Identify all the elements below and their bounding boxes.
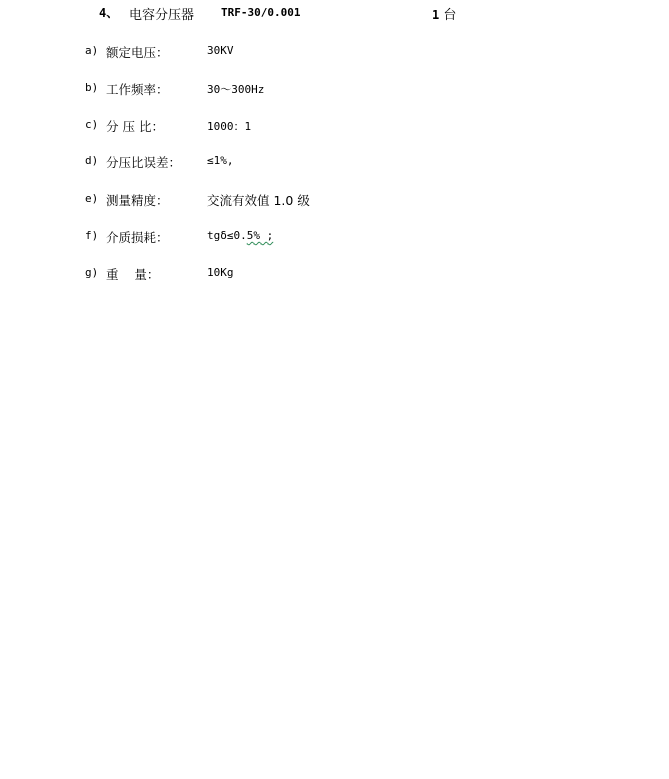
spellcheck-flagged-text: 5% ; [247, 229, 274, 242]
spec-letter: a) [85, 44, 98, 57]
spec-value: 1000：1 [207, 118, 251, 134]
quantity-unit: 台 [443, 8, 456, 23]
spec-letter: g) [85, 266, 98, 279]
spec-label: 重 量： [106, 265, 159, 283]
spec-value: 30KV [207, 44, 234, 57]
spec-letter: b) [85, 81, 98, 94]
spec-label: 测量精度： [106, 191, 169, 209]
spec-value: ≤1%, [207, 154, 234, 167]
spec-value: tgδ≤0.5% ; [207, 229, 273, 242]
quantity-number: 1 [432, 8, 439, 22]
spec-value: 10Kg [207, 266, 234, 279]
item-quantity: 1 台 [432, 4, 456, 23]
spec-letter: d) [85, 154, 98, 167]
spec-value: 30～300Hz [207, 81, 264, 97]
item-model: TRF-30/0.001 [221, 6, 300, 19]
spec-value-prefix: tgδ≤0. [207, 229, 247, 242]
spec-label: 分 压 比： [106, 117, 164, 135]
spec-value: 交流有效值 1.0 级 [207, 191, 310, 209]
spec-label: 介质损耗： [106, 228, 169, 246]
spec-letter: e) [85, 192, 98, 205]
spec-letter: f) [85, 229, 98, 242]
item-name: 电容分压器 [129, 4, 194, 23]
spec-letter: c) [85, 118, 98, 131]
spec-label: 分压比误差： [106, 153, 181, 171]
spec-label: 工作频率： [106, 80, 169, 98]
item-number: 4、 [99, 4, 118, 21]
spec-label: 额定电压： [106, 43, 169, 61]
